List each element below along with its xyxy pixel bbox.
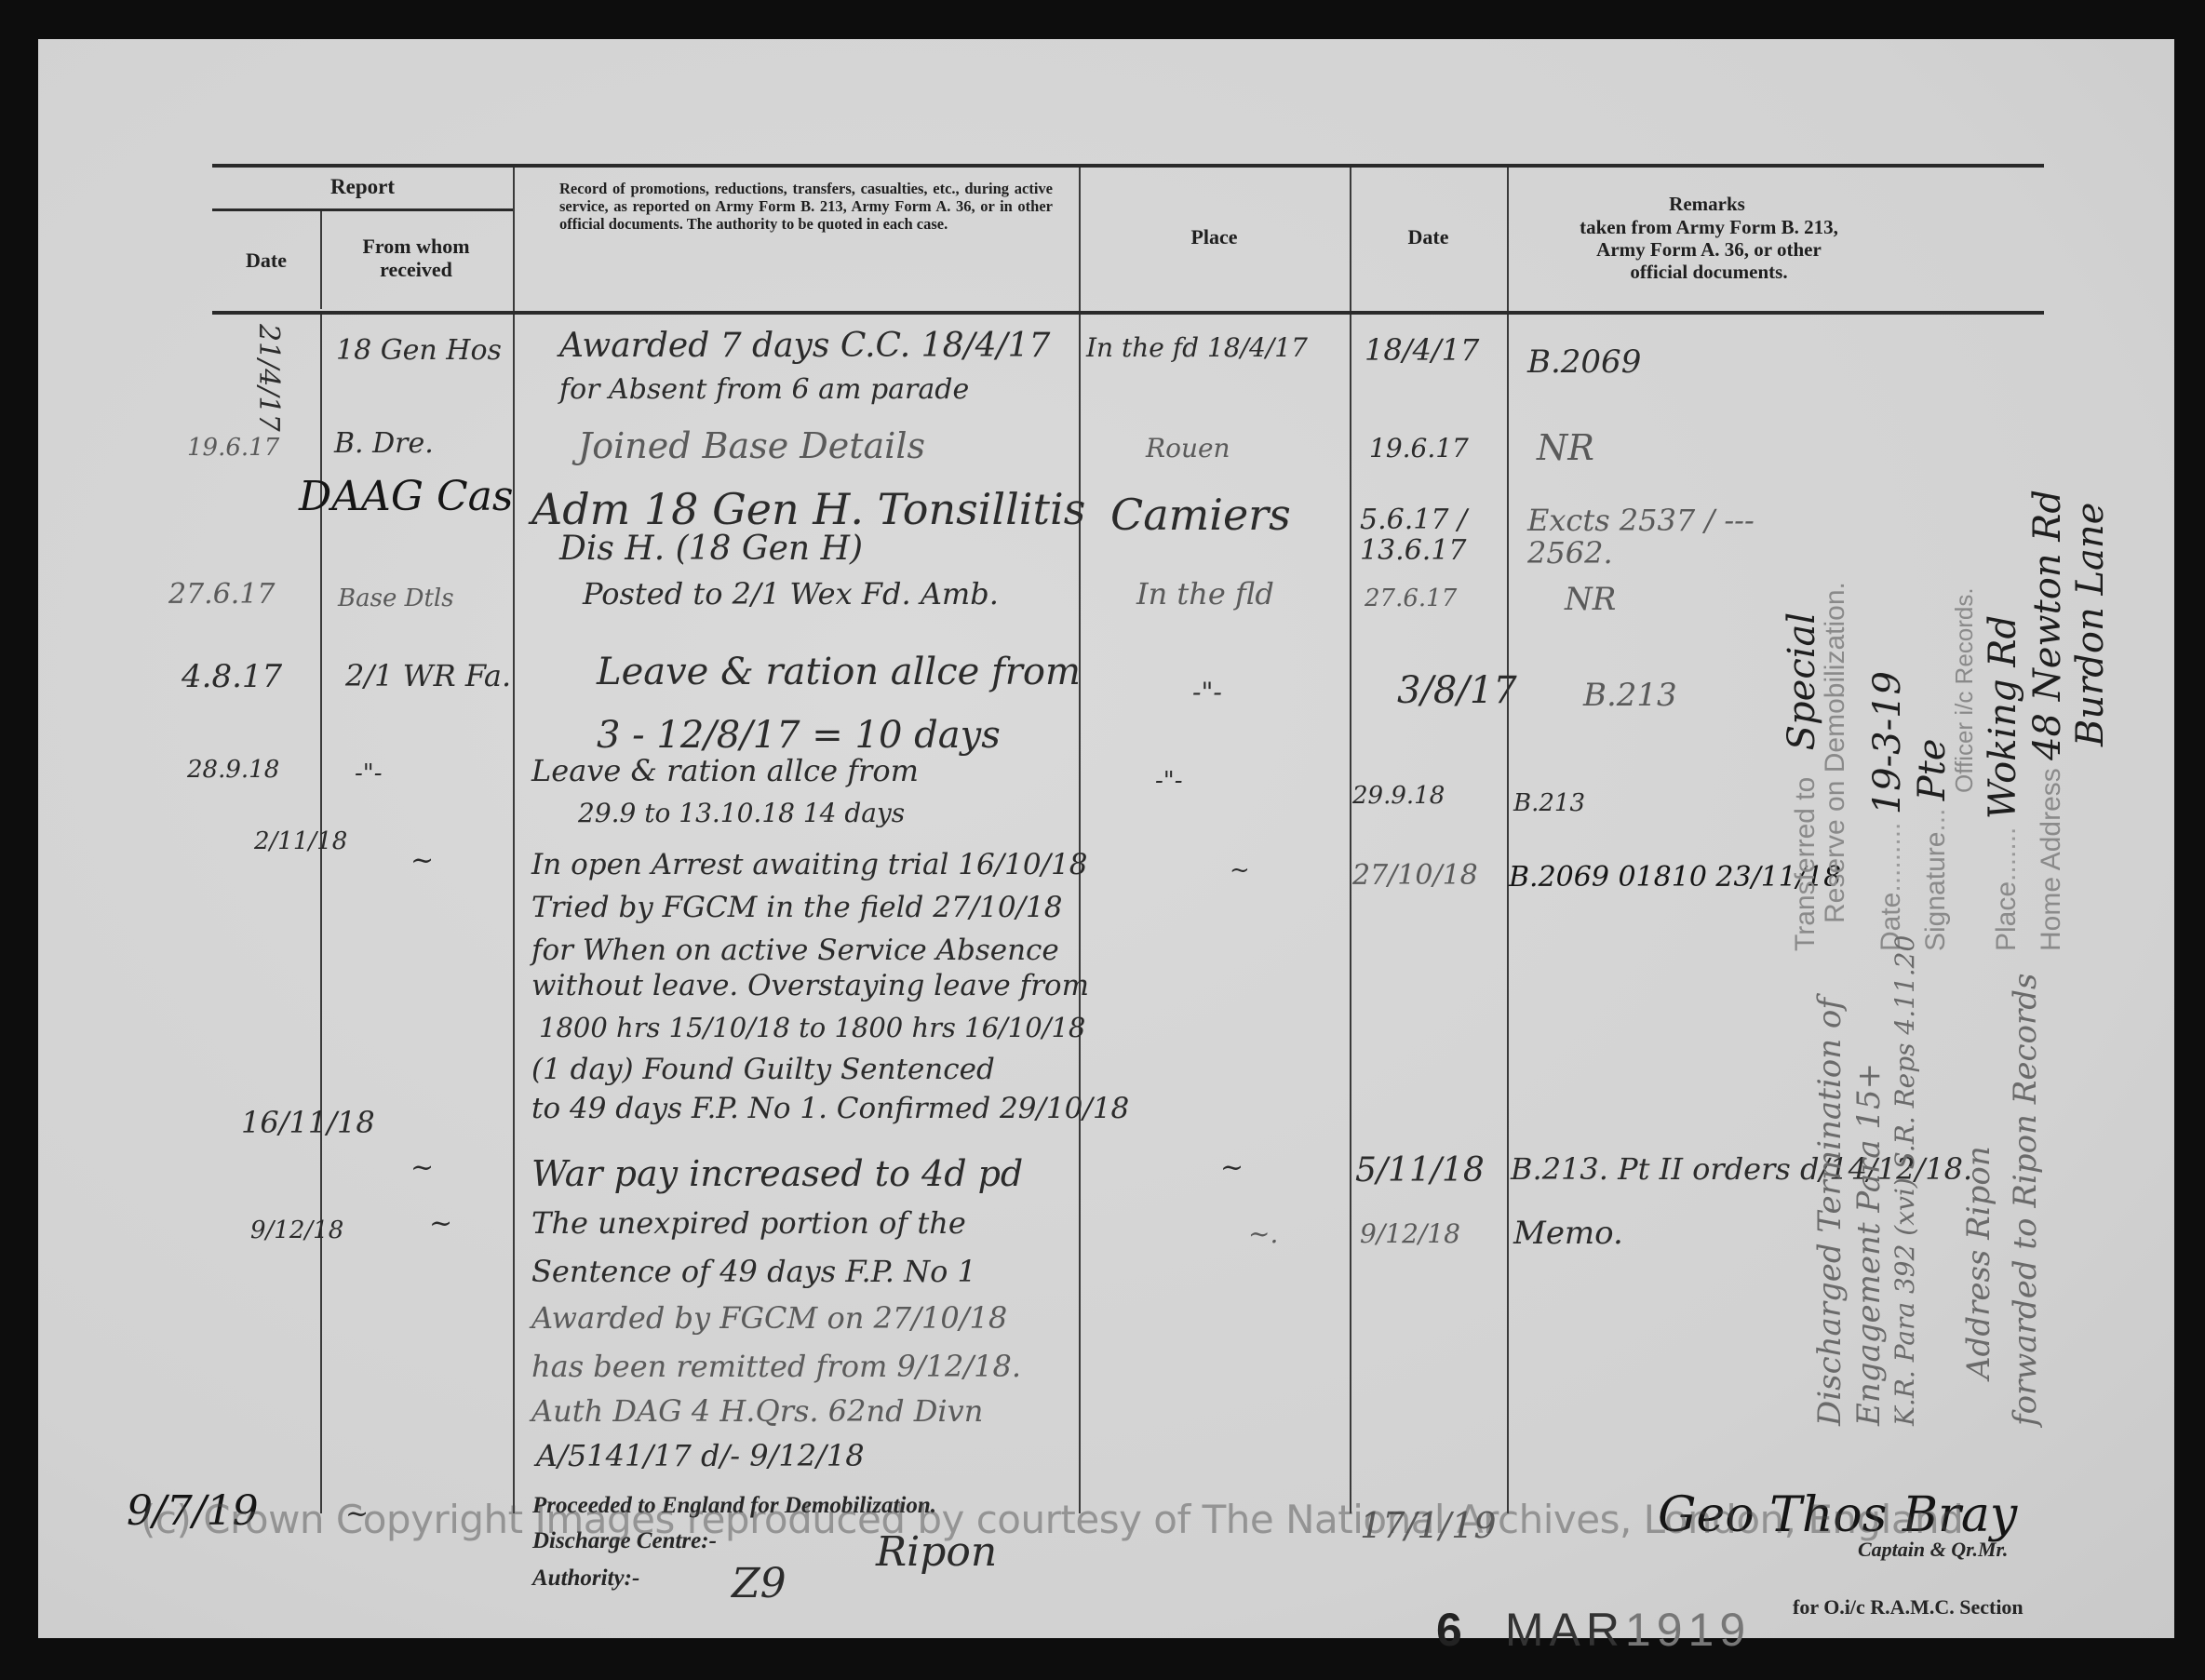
header-bottom-rule xyxy=(212,311,2044,315)
row8-place: ~ xyxy=(1220,1154,1244,1182)
row2-report-date: 19.6.17 xyxy=(187,436,279,460)
row2-from: B. Dre. xyxy=(334,430,434,458)
row7-record-5: 1800 hrs 15/10/18 to 1800 hrs 16/10/18 xyxy=(539,1015,1085,1042)
stamp-month: MAR xyxy=(1505,1604,1625,1656)
signature-section: for O.i/c R.A.M.C. Section xyxy=(1793,1595,2023,1620)
row5-date: 3/8/17 xyxy=(1397,672,1517,709)
row3-record-1: Adm 18 Gen H. Tonsillitis xyxy=(531,488,1085,531)
officer-records-label: Officer i/c Records. xyxy=(1950,587,1979,793)
row3-record-2: Dis H. (18 Gen H) xyxy=(559,532,863,566)
header-record: Record of promotions, reductions, transf… xyxy=(559,181,1053,234)
home-address-label: Home Address xyxy=(2036,768,2066,951)
row2-remarks: NR xyxy=(1537,430,1594,465)
header-from-whom: From whom received xyxy=(332,235,500,282)
col-rule-date-remarks xyxy=(1507,168,1509,311)
col-rule-date-from xyxy=(320,211,322,309)
row4-place: In the fld xyxy=(1136,579,1274,609)
header-place: Place xyxy=(1079,225,1350,249)
row6-record-1: Leave & ration allce from xyxy=(531,756,919,786)
row4-report-date: 27.6.17 xyxy=(168,581,276,609)
engagement-note: Engagement Para 15+ xyxy=(1850,1063,1888,1426)
row3-from: DAAG Cas xyxy=(299,477,513,517)
home-address-value: 48 Newton Rd xyxy=(2026,490,2069,760)
authority-label: Authority:- xyxy=(532,1566,639,1592)
row8-date: 5/11/18 xyxy=(1355,1154,1485,1188)
row2-place: Rouen xyxy=(1146,436,1230,462)
row7-record-4: without leave. Overstaying leave from xyxy=(531,972,1089,1001)
table-top-rule xyxy=(212,164,2044,168)
row4-record-1: Posted to 2/1 Wex Fd. Amb. xyxy=(583,579,999,609)
address-note-1: Address Ripon xyxy=(1960,1146,1997,1379)
row7-record-6: (1 day) Found Guilty Sentenced xyxy=(531,1055,995,1084)
stamp-day: 6 xyxy=(1436,1604,1468,1656)
row7-record-3: for When on active Service Absence xyxy=(531,936,1059,965)
row6-from: -"- xyxy=(355,761,383,786)
row2-date: 19.6.17 xyxy=(1369,436,1469,462)
row8-record-1: War pay increased to 4d pd xyxy=(531,1156,1023,1191)
row9-record-3: Awarded by FGCM on 27/10/18 xyxy=(531,1303,1007,1333)
copyright-watermark: (c) Crown Copyright Images reproduced by… xyxy=(141,1497,1963,1542)
home-address-line2: Burdon Lane xyxy=(2069,503,2112,746)
row7-report-date: 2/11/18 xyxy=(254,827,291,858)
signature-label: Signature xyxy=(1920,832,1951,951)
header-date2: Date xyxy=(1350,225,1507,249)
row7-from: ~ xyxy=(410,847,434,875)
reserve-label: Reserve on Demobilization. xyxy=(1820,582,1851,923)
row6-report-date: 28.9.18 xyxy=(187,758,279,782)
stamp-year: 1919 xyxy=(1625,1604,1751,1656)
row1-remarks: B.2069 xyxy=(1527,346,1641,378)
place-label: Place xyxy=(1991,881,2022,951)
transferred-value: Special xyxy=(1781,612,1823,751)
row1-date: 18/4/17 xyxy=(1365,335,1479,365)
col-rule-report-record xyxy=(513,168,515,311)
row9-record-5: Auth DAG 4 H.Qrs. 62nd Divn xyxy=(531,1396,983,1426)
row7-record-1: In open Arrest awaiting trial 16/10/18 xyxy=(531,851,1087,880)
row5-record-1: Leave & ration allce from xyxy=(597,653,1081,691)
receipt-date-stamp: 6MAR1919 xyxy=(1436,1603,1751,1657)
authority-value: Z9 xyxy=(732,1564,787,1605)
row1-report-date: 21/4/17 xyxy=(254,324,282,432)
row6-place: -"- xyxy=(1155,769,1183,793)
row1-place: In the fd 18/4/17 xyxy=(1086,335,1308,361)
row2-record-1: Joined Base Details xyxy=(578,428,925,464)
row5-place: -"- xyxy=(1192,679,1222,706)
place-value: Woking Rd xyxy=(1982,615,2024,819)
row9-report-date: 9/12/18 xyxy=(250,1216,284,1247)
header-report: Report xyxy=(212,175,513,199)
row9-record-1: The unexpired portion of the xyxy=(531,1208,966,1238)
row5-from: 2/1 WR Fa. xyxy=(345,661,511,691)
row5-report-date: 4.8.17 xyxy=(182,661,282,692)
row3-place: Camiers xyxy=(1110,493,1291,536)
row6-remarks: B.213 xyxy=(1513,791,1585,815)
signature-value: Pte xyxy=(1911,739,1954,801)
row6-record-2: 29.9 to 13.10.18 14 days xyxy=(578,800,905,827)
transferred-label: Transferred to xyxy=(1790,777,1821,951)
discharge-note: Discharged Termination of xyxy=(1811,998,1849,1426)
header-remarks-title: Remarks xyxy=(1507,193,1907,215)
row9-place: ~. xyxy=(1248,1221,1278,1247)
header-date: Date xyxy=(212,249,320,272)
row8-report-date: 16/11/18 xyxy=(241,1100,288,1145)
row9-record-4: has been remitted from 9/12/18. xyxy=(531,1351,1021,1381)
header-remarks-sub: taken from Army Form B. 213, Army Form A… xyxy=(1574,216,1844,283)
service-record-page: Report Date From whom received Record of… xyxy=(38,39,2174,1638)
row6-date: 29.9.18 xyxy=(1352,784,1445,808)
kr-note: K.R. Para 392 (xvi) S.R. Reps 4.11.20 xyxy=(1889,935,1920,1426)
row7-record-7: to 49 days F.P. No 1. Confirmed 29/10/18 xyxy=(531,1095,1129,1123)
report-group-rule xyxy=(212,208,513,211)
row9-from: ~ xyxy=(429,1210,452,1238)
row3-remarks: Excts 2537 / --- 2562. xyxy=(1527,504,1769,570)
body-rule-date-remarks xyxy=(1507,315,1509,1513)
row4-remarks: NR xyxy=(1565,584,1616,615)
row3-date: 5.6.17 / 13.6.17 xyxy=(1360,504,1509,566)
row9-remarks: Memo. xyxy=(1513,1217,1623,1249)
row4-from: Base Dtls xyxy=(338,586,454,611)
row1-record-1: Awarded 7 days C.C. 18/4/17 xyxy=(559,329,1050,363)
row8-from: ~ xyxy=(410,1154,434,1182)
row7-record-2: Tried by FGCM in the field 27/10/18 xyxy=(531,894,1062,922)
row1-record-2: for Absent from 6 am parade xyxy=(559,376,969,404)
row7-date: 27/10/18 xyxy=(1352,862,1478,890)
row1-from: 18 Gen Hos xyxy=(336,337,502,365)
date-value: 19-3-19 xyxy=(1866,671,1909,814)
address-note-2: forwarded to Ripon Records xyxy=(2007,974,2044,1426)
row5-remarks: B.213 xyxy=(1583,679,1677,711)
row5-record-2: 3 - 12/8/17 = 10 days xyxy=(597,717,1001,754)
body-rule-place-date xyxy=(1350,315,1351,1513)
row9-record-6: A/5141/17 d/- 9/12/18 xyxy=(536,1441,865,1471)
row4-date: 27.6.17 xyxy=(1365,586,1457,611)
row7-place: ~ xyxy=(1230,858,1250,882)
row9-date: 9/12/18 xyxy=(1360,1221,1460,1247)
row9-record-2: Sentence of 49 days F.P. No 1 xyxy=(531,1257,976,1286)
